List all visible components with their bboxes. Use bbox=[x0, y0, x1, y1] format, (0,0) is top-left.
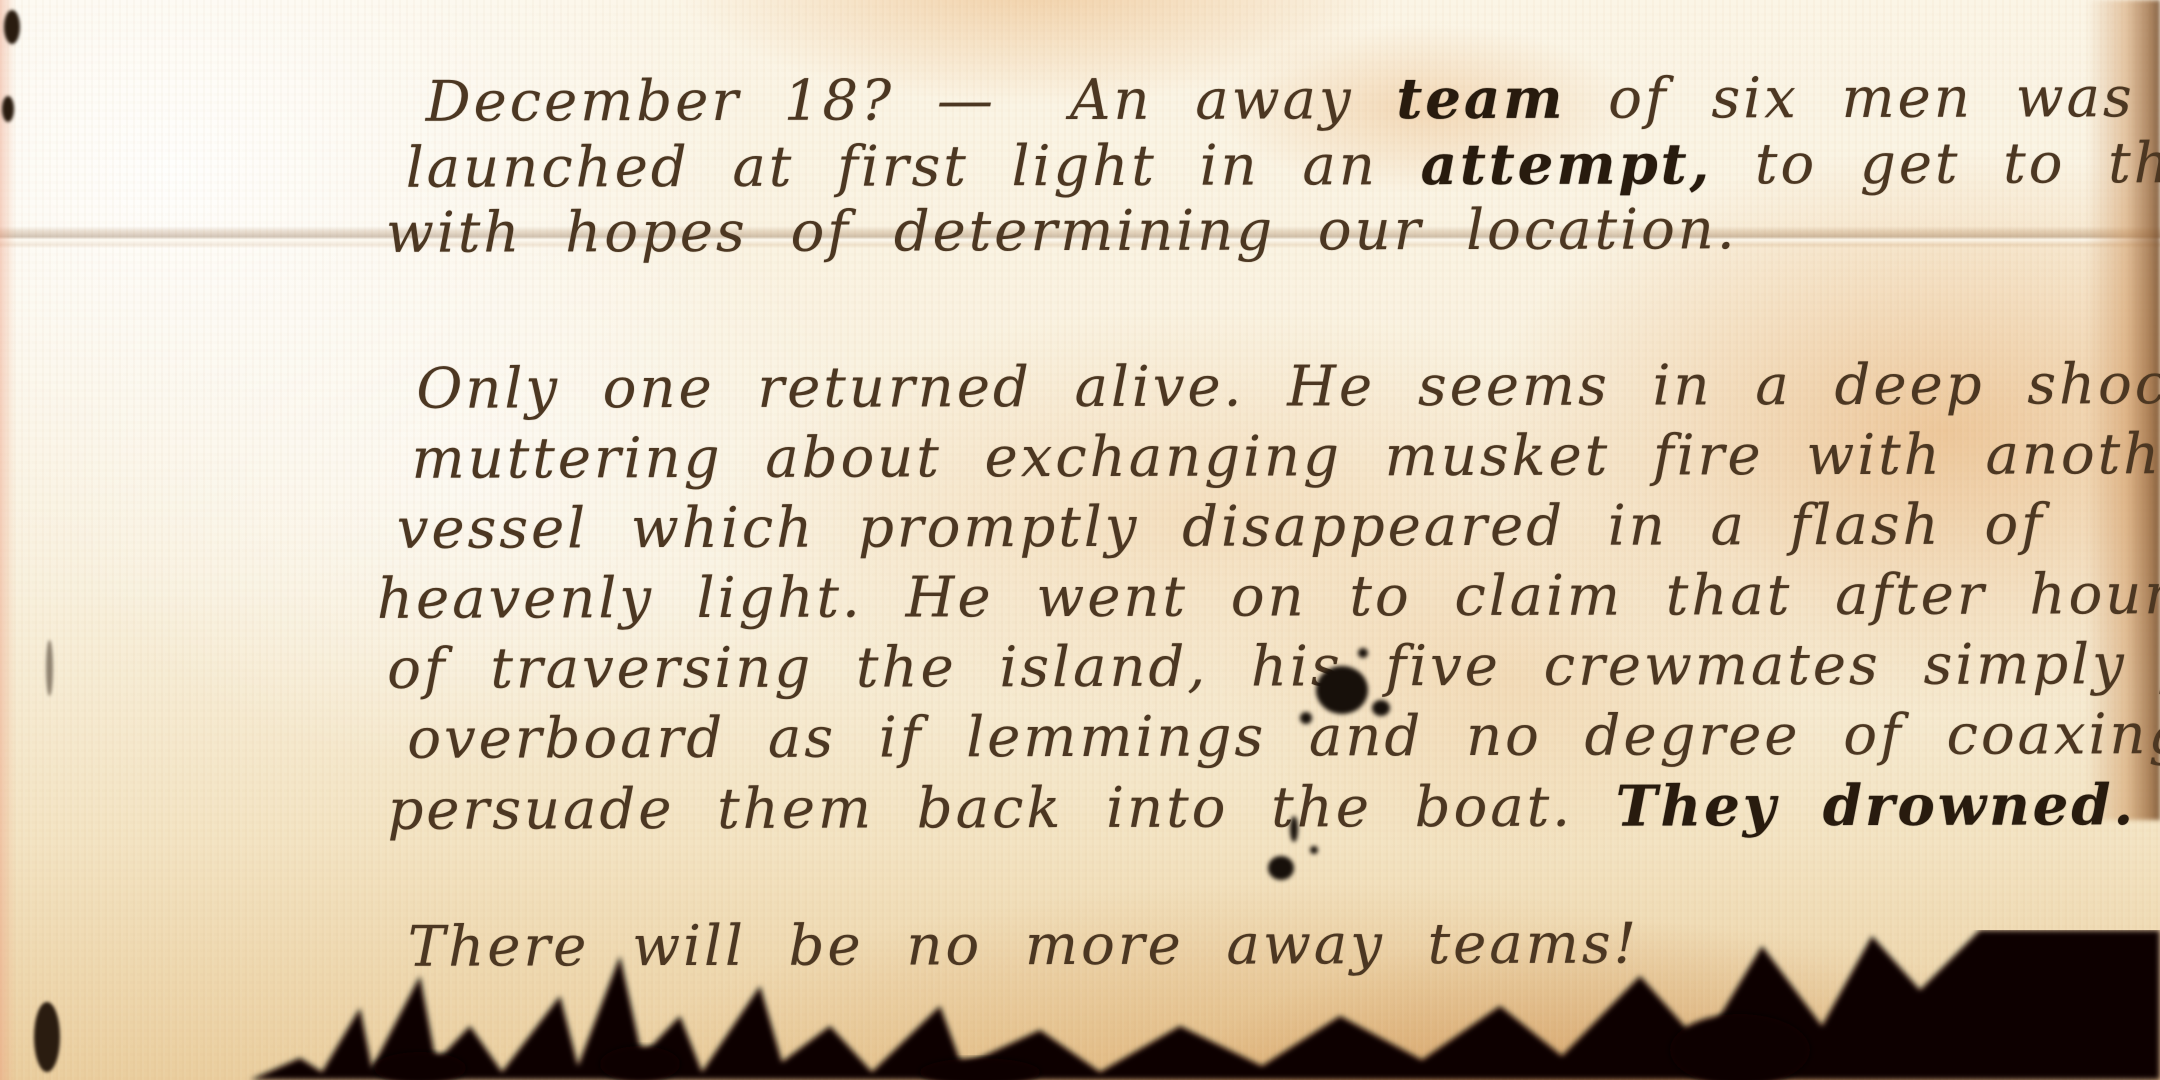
ink-blot bbox=[1300, 712, 1312, 724]
handwriting-layer: December 18? —An away team of six men wa… bbox=[0, 0, 2160, 1080]
burn-marks-bottom-edge bbox=[0, 930, 2160, 1080]
ink-blot bbox=[1372, 700, 1390, 716]
ink-blot bbox=[1316, 666, 1368, 714]
ink-blot bbox=[1358, 648, 1368, 658]
ink-blot bbox=[1290, 816, 1298, 842]
ink-blot bbox=[1310, 846, 1318, 854]
ink-blot bbox=[1268, 856, 1294, 880]
emphasized-phrase: They drowned. Every one. bbox=[1616, 771, 2160, 839]
journal-line: with hopes of determining our location. bbox=[129, 146, 1738, 318]
journal-page: December 18? —An away team of six men wa… bbox=[0, 0, 2160, 1080]
